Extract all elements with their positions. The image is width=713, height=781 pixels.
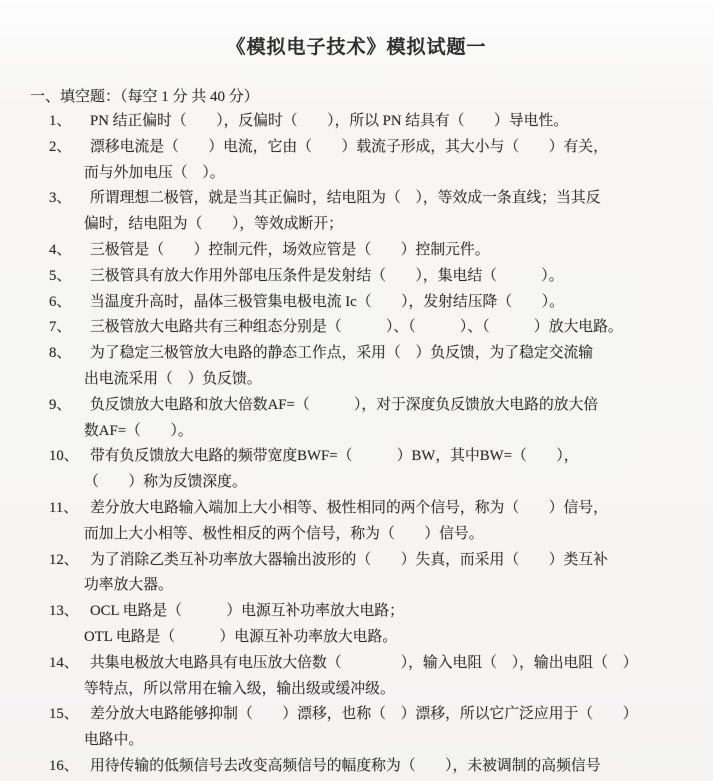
question-first-line: 6、当温度升高时，晶体三极管集电极电流 Ic（ ），发射结压降（ ）。 xyxy=(0,290,713,316)
question-number: 6、 xyxy=(49,290,90,316)
question-number: 7、 xyxy=(49,315,90,341)
question-continuation-line: 数AF=（ ）。 xyxy=(0,419,713,445)
question-text: 负反馈放大电路和放大倍数AF=（ ），对于深度负反馈放大电路的放大倍 xyxy=(90,397,598,413)
question-first-line: 5、三极管具有放大作用外部电压条件是发射结（ ），集电结（ ）。 xyxy=(0,264,713,290)
question-first-line: 1、PN 结正偏时（ ），反偏时（ ），所以 PN 结具有（ ）导电性。 xyxy=(0,109,713,135)
question-first-line: 16、用待传输的低频信号去改变高频信号的幅度称为（ ），未被调制的高频信号 xyxy=(0,754,713,780)
question-first-line: 12、为了消除乙类互补功率放大器输出波形的（ ）失真，而采用（ ）类互补 xyxy=(0,548,713,574)
question: 1、PN 结正偏时（ ），反偏时（ ），所以 PN 结具有（ ）导电性。 xyxy=(0,109,713,135)
question-continuation-line: OTL 电路是（ ）电源互补功率放大电路。 xyxy=(0,625,713,651)
question-text: 三极管具有放大作用外部电压条件是发射结（ ），集电结（ ）。 xyxy=(90,268,564,284)
question-number: 2、 xyxy=(49,135,90,161)
question-first-line: 8、为了稳定三极管放大电路的静态工作点，采用（ ）负反馈，为了稳定交流输 xyxy=(0,341,713,367)
question: 11、差分放大电路输入端加上大小相等、极性相同的两个信号，称为（ ）信号， 而加… xyxy=(0,496,713,548)
question-number: 14、 xyxy=(49,651,90,677)
question-number: 9、 xyxy=(49,393,90,419)
question-first-line: 3、所谓理想二极管，就是当其正偏时，结电阻为（ ），等效成一条直线；当其反 xyxy=(0,186,713,212)
question: 2、漂移电流是（ ）电流，它由（ ）载流子形成，其大小与（ ）有关， 而与外加电… xyxy=(0,135,713,187)
question-number: 12、 xyxy=(49,548,90,574)
question-text: 差分放大电路输入端加上大小相等、极性相同的两个信号，称为（ ）信号， xyxy=(90,500,608,516)
question-continuation-line: 偏时，结电阻为（ ），等效成断开； xyxy=(0,212,713,238)
question-first-line: 4、三极管是（ ）控制元件，场效应管是（ ）控制元件。 xyxy=(0,238,713,264)
question-first-line: 14、共集电极放大电路具有电压放大倍数（ ），输入电阻（ ），输出电阻（ ） xyxy=(0,651,713,677)
question: 5、三极管具有放大作用外部电压条件是发射结（ ），集电结（ ）。 xyxy=(0,264,713,290)
question-first-line: 11、差分放大电路输入端加上大小相等、极性相同的两个信号，称为（ ）信号， xyxy=(0,496,713,522)
question-number: 8、 xyxy=(49,341,90,367)
question-text: PN 结正偏时（ ），反偏时（ ），所以 PN 结具有（ ）导电性。 xyxy=(90,113,568,129)
question-text: 带有负反馈放大电路的频带宽度BWF=（ ）BW，其中BW=（ ）， xyxy=(90,448,579,464)
question-text: 为了稳定三极管放大电路的静态工作点，采用（ ）负反馈，为了稳定交流输 xyxy=(90,345,593,361)
question-continuation-line: 出电流采用（ ）负反馈。 xyxy=(0,367,713,393)
question: 14、共集电极放大电路具有电压放大倍数（ ），输入电阻（ ），输出电阻（ ） 等… xyxy=(0,651,713,703)
question-text: 共集电极放大电路具有电压放大倍数（ ），输入电阻（ ），输出电阻（ ） xyxy=(90,655,638,671)
question-first-line: 13、OCL 电路是（ ）电源互补功率放大电路； xyxy=(0,599,713,625)
question-first-line: 7、三极管放大电路共有三种组态分别是（ ）、（ ）、（ ）放大电路。 xyxy=(0,315,713,341)
question-text: 用待传输的低频信号去改变高频信号的幅度称为（ ），未被调制的高频信号 xyxy=(90,758,601,774)
question-text: 差分放大电路能够抑制（ ）漂移，也称（ ）漂移，所以它广泛应用于（ ） xyxy=(90,706,638,722)
question-text: 三极管放大电路共有三种组态分别是（ ）、（ ）、（ ）放大电路。 xyxy=(90,319,623,335)
question: 12、为了消除乙类互补功率放大器输出波形的（ ）失真，而采用（ ）类互补 功率放… xyxy=(0,548,713,600)
question-first-line: 15、差分放大电路能够抑制（ ）漂移，也称（ ）漂移，所以它广泛应用于（ ） xyxy=(0,702,713,728)
question-number: 4、 xyxy=(49,238,90,264)
question-text: 当温度升高时，晶体三极管集电极电流 Ic（ ），发射结压降（ ）。 xyxy=(90,294,564,310)
question-continuation-line: 电路中。 xyxy=(0,728,713,754)
question: 16、用待传输的低频信号去改变高频信号的幅度称为（ ），未被调制的高频信号 xyxy=(0,754,713,780)
question-number: 5、 xyxy=(49,264,90,290)
question: 7、三极管放大电路共有三种组态分别是（ ）、（ ）、（ ）放大电路。 xyxy=(0,315,713,341)
exam-page: 《模拟电子技术》模拟试题一 一、填空题：（每空 1 分 共 40 分） 1、PN… xyxy=(0,0,713,781)
question: 13、OCL 电路是（ ）电源互补功率放大电路； OTL 电路是（ ）电源互补功… xyxy=(0,599,713,651)
question: 8、为了稳定三极管放大电路的静态工作点，采用（ ）负反馈，为了稳定交流输 出电流… xyxy=(0,341,713,393)
question: 6、当温度升高时，晶体三极管集电极电流 Ic（ ），发射结压降（ ）。 xyxy=(0,290,713,316)
question-text: 三极管是（ ）控制元件，场效应管是（ ）控制元件。 xyxy=(90,242,490,258)
question-text: 为了消除乙类互补功率放大器输出波形的（ ）失真，而采用（ ）类互补 xyxy=(90,552,608,568)
question: 10、带有负反馈放大电路的频带宽度BWF=（ ）BW，其中BW=（ ）， （ ）… xyxy=(0,444,713,496)
questions-list: 1、PN 结正偏时（ ），反偏时（ ），所以 PN 结具有（ ）导电性。 2、漂… xyxy=(0,109,713,780)
page-title: 《模拟电子技术》模拟试题一 xyxy=(0,0,713,59)
question-number: 16、 xyxy=(49,754,90,780)
question-continuation-line: （ ）称为反馈深度。 xyxy=(0,470,713,496)
question: 4、三极管是（ ）控制元件，场效应管是（ ）控制元件。 xyxy=(0,238,713,264)
question-first-line: 9、负反馈放大电路和放大倍数AF=（ ），对于深度负反馈放大电路的放大倍 xyxy=(0,393,713,419)
question-number: 15、 xyxy=(49,702,90,728)
question: 9、负反馈放大电路和放大倍数AF=（ ），对于深度负反馈放大电路的放大倍 数AF… xyxy=(0,393,713,445)
question-number: 11、 xyxy=(49,496,90,522)
question-continuation-line: 等特点，所以常用在输入级，输出级或缓冲级。 xyxy=(0,677,713,703)
question-number: 13、 xyxy=(49,599,90,625)
question-text: 漂移电流是（ ）电流，它由（ ）载流子形成，其大小与（ ）有关， xyxy=(90,139,608,155)
question-continuation-line: 而与外加电压（ ）。 xyxy=(0,161,713,187)
question-text: 所谓理想二极管，就是当其正偏时，结电阻为（ ），等效成一条直线；当其反 xyxy=(90,190,601,206)
question-text: OCL 电路是（ ）电源互补功率放大电路； xyxy=(90,603,404,619)
question-number: 1、 xyxy=(49,109,90,135)
question-number: 10、 xyxy=(49,444,90,470)
question-first-line: 10、带有负反馈放大电路的频带宽度BWF=（ ）BW，其中BW=（ ）， xyxy=(0,444,713,470)
section-heading: 一、填空题：（每空 1 分 共 40 分） xyxy=(30,85,713,109)
question-first-line: 2、漂移电流是（ ）电流，它由（ ）载流子形成，其大小与（ ）有关， xyxy=(0,135,713,161)
question: 3、所谓理想二极管，就是当其正偏时，结电阻为（ ），等效成一条直线；当其反 偏时… xyxy=(0,186,713,238)
question-continuation-line: 而加上大小相等、极性相反的两个信号，称为（ ）信号。 xyxy=(0,522,713,548)
question-number: 3、 xyxy=(49,186,90,212)
question: 15、差分放大电路能够抑制（ ）漂移，也称（ ）漂移，所以它广泛应用于（ ） 电… xyxy=(0,702,713,754)
question-continuation-line: 功率放大器。 xyxy=(0,573,713,599)
